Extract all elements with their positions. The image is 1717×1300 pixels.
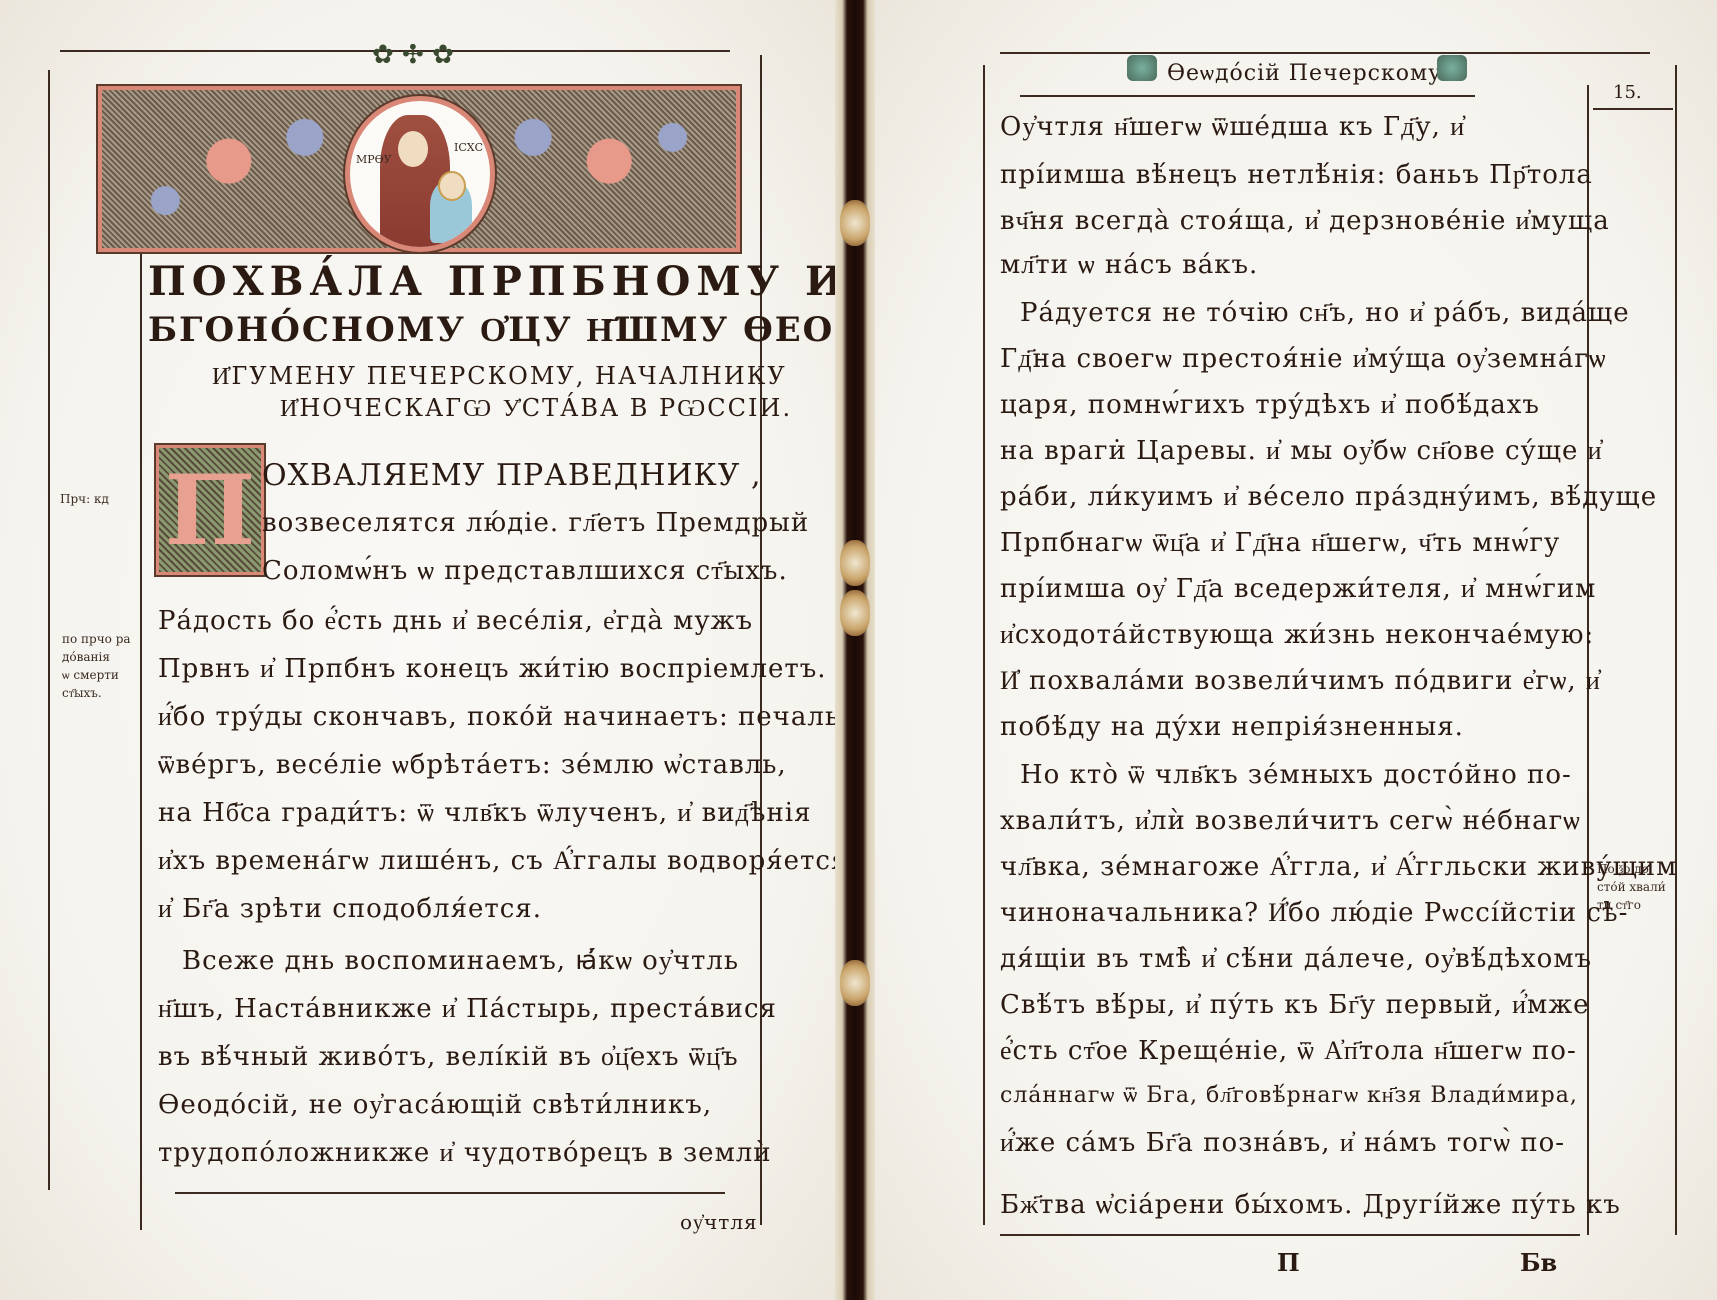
- text-frame-right: [760, 55, 762, 1225]
- initial-letter: П: [159, 448, 261, 572]
- body-line: Ра́дость бо е҆́сть днь и҆ весе́лія, е҆гд…: [158, 606, 753, 636]
- outer-frame-right: [1675, 65, 1677, 1235]
- body-line: Ѳеодо́сій, не оу҆гаса́ющій свѣти́лникъ,: [158, 1090, 712, 1120]
- margin-note-reference: Прч: кд: [60, 490, 109, 508]
- body-line: побѣ́ду на ду́хи непрія́зненныя.: [1000, 712, 1464, 742]
- body-line: и҆сходота́йствующа жи́знь некончае́мую:: [1000, 620, 1594, 650]
- body-line: ра́би, ли́куимъ и҆ ве́село пра́здну́имъ,…: [1000, 482, 1657, 512]
- body-line: въ вѣ́чный живо́тъ, велі́кій въ о҆ц҃ехъ …: [158, 1042, 739, 1072]
- quire-number: Бв: [1520, 1248, 1557, 1277]
- body-line: и҆хъ времена́гѡ лише́нъ, съ А҆́ггалы вод…: [158, 846, 858, 876]
- binding-thread-knot: [840, 960, 870, 1006]
- signature-mark: П: [1277, 1248, 1300, 1277]
- christ-child-face-icon: [438, 171, 466, 201]
- body-line: Првнъ и҆ Прпбнъ конецъ жи́тію воспріемле…: [158, 654, 827, 684]
- title-line-3: И҆ГУМЕНУ ПЕЧЕРСКОМУ, НАЧАЛНИКУ: [212, 362, 787, 391]
- book-spread: ✿ ✣ ✿ МРѲУ ІСХС ПОХВА́ЛА ПРПБНОМУ И БГОН…: [0, 0, 1717, 1300]
- body-line: царя, помнѡ́гихъ тру́дѣхъ и҆ побѣ́дахъ: [1000, 390, 1540, 420]
- body-line: трудопо́ложникже и҆ чудотво́рецъ в землѝ: [158, 1138, 772, 1168]
- body-line: Свѣ́тъ вѣ́ры, и҆ пу́ть къ Бг҃у первый, и…: [1000, 990, 1590, 1020]
- medallion-label-right: ІСХС: [454, 141, 483, 154]
- body-line: на Нб҃са гради́тъ: ѿ члв҃къ ѿлученъ, и҆ …: [158, 798, 812, 828]
- body-line: сла́ннагѡ ѿ Бга, бл҃говѣ́рнагѡ кн҃зя Вла…: [1000, 1082, 1578, 1108]
- body-line: дя́щіи въ тмѣ̀ и҆ сѣ́ни да́лече, оу҆вѣ́д…: [1000, 944, 1592, 974]
- right-page: Ѳеѡдо́сій Печерскому. 15. Оу҆чтля н҃шегѡ…: [875, 0, 1717, 1300]
- body-line: чл҃вка, зе́мнагоже А҆́ггла, и҆ А҆́ггльск…: [1000, 852, 1677, 882]
- text-frame-left: [983, 65, 985, 1225]
- binding-thread-knot: [840, 590, 870, 636]
- page-number: 15.: [1613, 82, 1642, 103]
- body-line: и҆ Бг҃а зрѣти сподобля́ется.: [158, 894, 542, 924]
- body-line: возвеселятся лю́діе. гл҃етъ Премдрый: [262, 508, 809, 538]
- body-line: и҆́бо тру́ды скончавъ, поко́й начинаетъ:…: [158, 702, 840, 732]
- medallion-label-left: МРѲУ: [356, 153, 392, 166]
- margin-note-gloss: по прчо ра до́ванія ѡ смерти ст҃ыхъ.: [62, 630, 131, 702]
- body-line: е҆́сть ст҃ое Креще́ніе, ѿ А҆п҃тола н҃шег…: [1000, 1036, 1577, 1066]
- illuminated-initial: П: [156, 445, 264, 575]
- header-ornament-right-icon: [1437, 55, 1467, 81]
- text-frame-right: [1587, 85, 1589, 1235]
- page-number-underline: [1593, 108, 1673, 110]
- body-line: Бж҃тва ѡ҆сіа́рени бы́хомъ. Другі́йже пу́…: [1000, 1190, 1621, 1220]
- header-ornament-left-icon: [1127, 55, 1157, 81]
- left-page: ✿ ✣ ✿ МРѲУ ІСХС ПОХВА́ЛА ПРПБНОМУ И БГОН…: [0, 0, 835, 1300]
- body-line: прі́имша оу҆ Гд҃а вседержи́теля, и҆ мнѡ́…: [1000, 574, 1596, 604]
- body-line: ОХВАЛЯЕМУ ПРАВЕДНИКУ ,: [262, 458, 762, 493]
- bottom-rule: [1000, 1234, 1580, 1236]
- catchword: оу҆чтля: [680, 1210, 758, 1235]
- body-line: Всеже днь воспоминаемъ, ꙗ҆́кѡ оу҆чтль: [182, 946, 739, 976]
- body-line: ѿве́ргъ, весе́ліе ѡбрѣта́етъ: зе́млю ѡ҆с…: [158, 750, 787, 780]
- margin-note-gloss: По ѯо до сто́й хвали́ ти ст҃го: [1597, 860, 1666, 914]
- body-line: Гд҃на своегѡ престоя́ніе и҆му́ща оу҆земн…: [1000, 344, 1607, 374]
- outer-frame-left: [48, 70, 50, 1190]
- title-line-1: ПОХВА́ЛА ПРПБНОМУ И: [148, 258, 849, 305]
- body-line: и҆́же са́мъ Бг҃а позна́въ, и҆ на́мъ тогѡ…: [1000, 1128, 1565, 1158]
- body-line: мл҃ти ѡ на́съ ва́къ.: [1000, 250, 1258, 280]
- text-frame-left: [140, 240, 142, 1230]
- theotokos-icon-medallion: МРѲУ ІСХС: [345, 96, 495, 252]
- body-line: Прпбнагѡ ѿц҃а и҆ Гд҃на н҃шегѡ, ч҃ть мнѡ́…: [1000, 528, 1560, 558]
- body-line: чиноначальника? И҆́бо лю́діе Рѡссі́йстіи…: [1000, 898, 1628, 928]
- body-line: хвали́тъ, и҆лѝ возвели́читъ сегѡ̀ не́бна…: [1000, 806, 1581, 836]
- body-line: Но кто̀ ѿ члв҃къ зе́мныхъ досто́йно по-: [1020, 760, 1572, 790]
- body-line: на враги̇ Царевы. и҆ мы оу҆бѡ сн҃ове су́…: [1000, 436, 1603, 466]
- binding-thread-knot: [840, 540, 870, 586]
- virgin-face-icon: [398, 131, 428, 167]
- body-line: вч҃ня всегда̀ стоя́ща, и҆ дерзнове́ніе и…: [1000, 206, 1610, 236]
- top-rule: [1000, 52, 1650, 54]
- binding-thread-knot: [840, 200, 870, 246]
- body-line: прі́имша вѣ́нецъ нетлѣ́нія: баньъ Пр҃тол…: [1000, 160, 1593, 190]
- body-line: н҃шъ, Наста́вникже и҆ Па́стырь, преста́в…: [158, 994, 777, 1024]
- header-underline: [1020, 95, 1475, 97]
- decorative-headpiece: МРѲУ ІСХС: [98, 86, 740, 252]
- body-line: Оу҆чтля н҃шегѡ ѿше́дша къ Гд҃у, и҆: [1000, 112, 1465, 142]
- body-line: И҆ похвала́ми возвели́чимъ по́двиги е҆гѡ…: [1000, 666, 1601, 696]
- body-line: Ра́дуется не то́чію сн҃ъ, но и҆ ра́бъ, в…: [1020, 298, 1630, 328]
- title-line-4: И҆НОЧЕСКАГѠ У҆СТА́ВА В РѠССІИ.: [280, 394, 792, 423]
- running-head: Ѳеѡдо́сій Печерскому.: [1167, 60, 1450, 86]
- body-line: Соломѡ́нъ ѡ представлшихся ст҃ыхъ.: [262, 556, 788, 586]
- book-binding-gutter: [835, 0, 875, 1300]
- bottom-rule: [175, 1192, 725, 1194]
- top-ornament: ✿ ✣ ✿: [372, 40, 454, 70]
